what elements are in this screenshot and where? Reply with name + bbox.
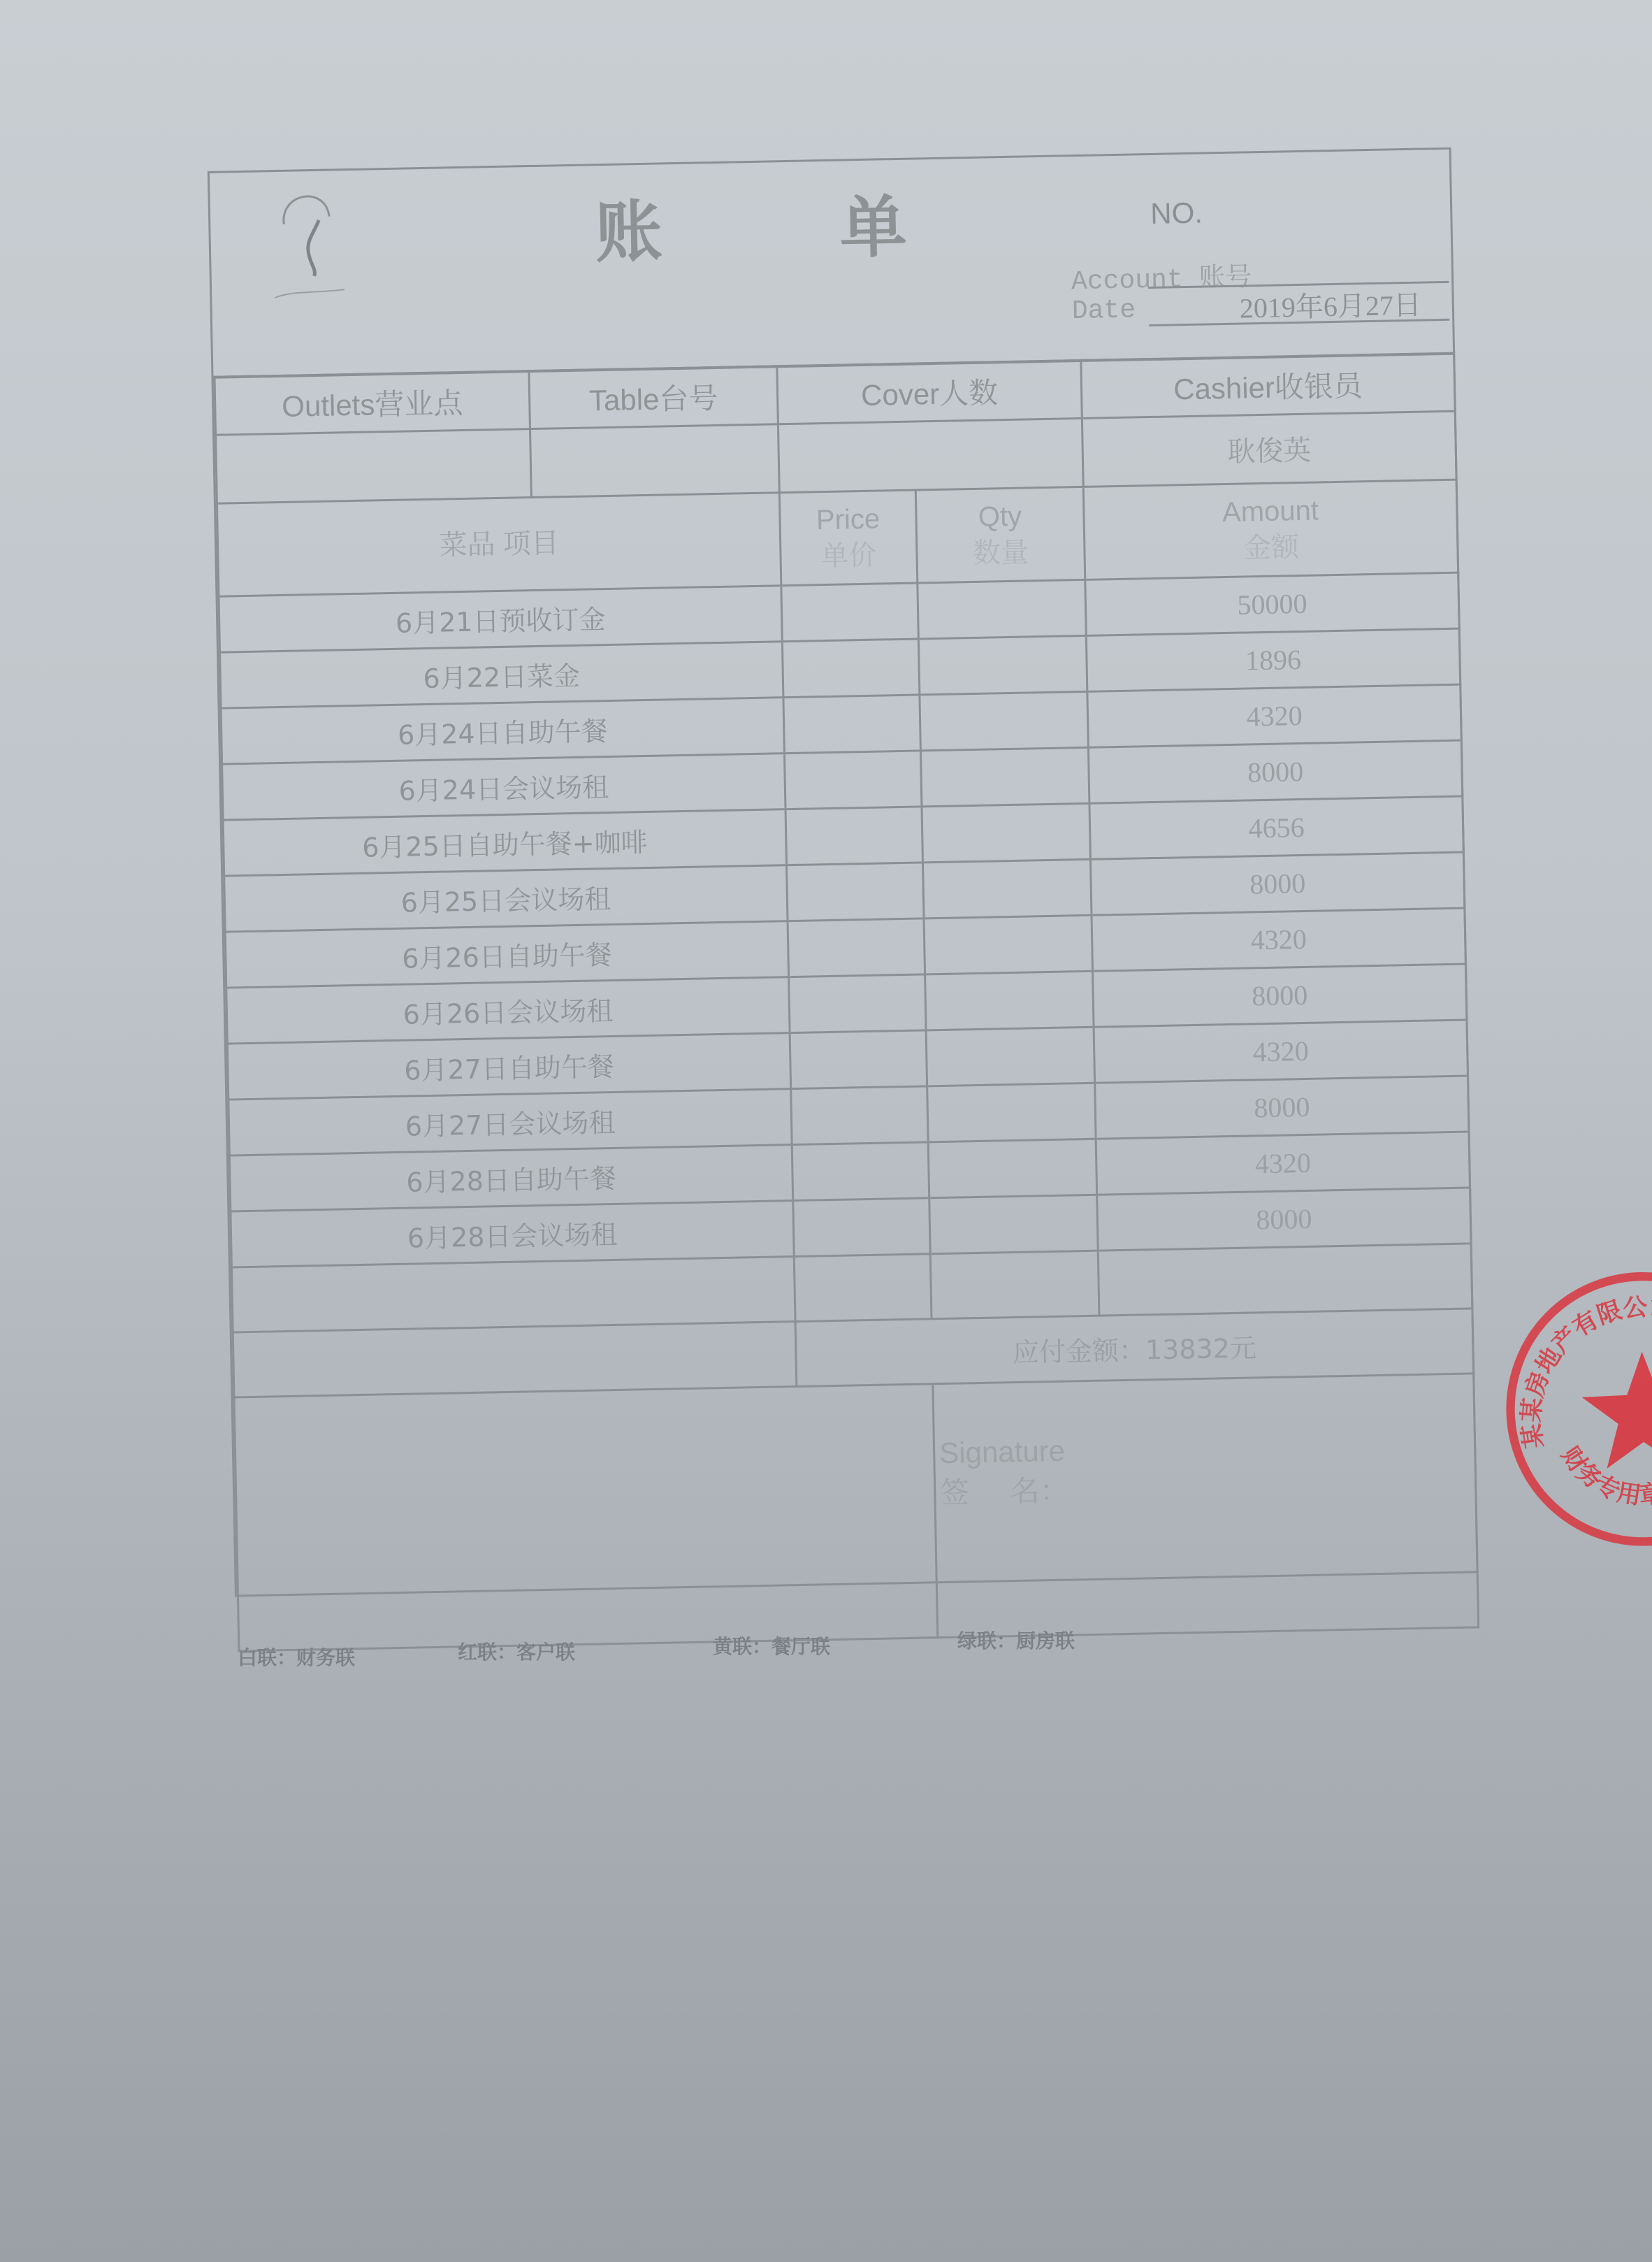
- blank-price-cell: [794, 1254, 932, 1322]
- item-name: 6月27日会议场租: [229, 1089, 792, 1155]
- blank-item-cell: [231, 1257, 795, 1332]
- item-amount: 4656: [1089, 796, 1463, 859]
- item-qty: [928, 1139, 1097, 1198]
- bill-table: Outlets营业点 Table台号 Cover人数 Cashier收银员 耿俊…: [213, 352, 1479, 1652]
- item-name: 6月26日会议场租: [226, 977, 790, 1044]
- item-amount: 4320: [1096, 1132, 1470, 1195]
- item-name: 6月26日自助午餐: [225, 921, 788, 988]
- title-char-2: 单: [839, 174, 908, 271]
- heron-logo-icon: [269, 185, 348, 305]
- cashier-header: Cashier收银员: [1081, 353, 1455, 418]
- account-label: Account 账号: [1071, 254, 1252, 297]
- amount-label-cn: 金额: [1085, 526, 1457, 570]
- item-qty: [925, 971, 1094, 1030]
- item-amount: 4320: [1092, 908, 1465, 971]
- copy-yellow: 黄联：餐厅联: [713, 1631, 830, 1659]
- item-amount: 8000: [1093, 964, 1467, 1027]
- item-qty: [920, 747, 1089, 807]
- item-name: 6月22日菜金: [220, 642, 783, 708]
- item-rows: 6月21日预收订金500006月22日菜金18966月24日自助午餐43206月…: [219, 572, 1471, 1267]
- item-price: [788, 919, 925, 977]
- item-name: 6月28日会议场租: [231, 1201, 794, 1267]
- item-qty: [918, 579, 1087, 639]
- number-label: NO.: [1150, 196, 1203, 231]
- item-amount: 4320: [1087, 684, 1461, 747]
- invoice-paper: 账 单 NO. Account 账号 Date 2019年6月27日 Outle…: [203, 80, 1489, 1607]
- copy-green: 绿联：厨房联: [957, 1626, 1075, 1654]
- table-header: Table台号: [529, 366, 778, 429]
- svg-text:财务专用章: 财务专用章: [1556, 1440, 1652, 1512]
- item-qty: [926, 1027, 1095, 1086]
- item-name: 6月21日预收订金: [219, 586, 782, 652]
- item-name: 6月25日会议场租: [224, 865, 788, 932]
- qty-column-header: Qty 数量: [915, 487, 1085, 583]
- item-price: [793, 1198, 930, 1257]
- item-price: [783, 695, 920, 754]
- bill-header: 账 单 NO. Account 账号 Date 2019年6月27日: [210, 150, 1453, 379]
- item-name: 6月25日自助午餐+咖啡: [223, 809, 786, 876]
- item-qty: [924, 915, 1093, 974]
- item-amount: 4320: [1094, 1020, 1468, 1083]
- item-name: 6月24日自助午餐: [221, 698, 784, 764]
- item-price: [787, 863, 924, 921]
- qty-label-cn: 数量: [918, 533, 1084, 573]
- bill-form: 账 单 NO. Account 账号 Date 2019年6月27日 Outle…: [208, 147, 1479, 1597]
- copy-white: 白联：财务联: [238, 1643, 355, 1671]
- item-qty: [922, 859, 1092, 919]
- amount-column-header: Amount 金额: [1083, 480, 1458, 579]
- item-price: [791, 1086, 928, 1145]
- title-char-1: 账: [594, 178, 663, 275]
- item-amount: 1896: [1086, 628, 1460, 691]
- item-price: [784, 751, 921, 809]
- remarks-area: [234, 1384, 938, 1651]
- item-name: 6月28日自助午餐: [229, 1145, 792, 1211]
- item-name: 6月24日会议场租: [222, 754, 785, 820]
- item-amount: 8000: [1088, 740, 1462, 803]
- item-qty: [918, 635, 1087, 695]
- signature-row: Signature 签 名：: [234, 1374, 1479, 1651]
- item-column-header: 菜品 项目: [217, 493, 781, 596]
- item-amount: 8000: [1090, 852, 1464, 915]
- item-amount: 8000: [1095, 1076, 1469, 1139]
- item-amount: 8000: [1097, 1188, 1471, 1251]
- item-price: [789, 974, 926, 1033]
- item-qty: [920, 691, 1089, 751]
- date-label: Date: [1071, 295, 1136, 326]
- item-qty: [927, 1083, 1096, 1142]
- total-left-cell: [233, 1322, 797, 1397]
- blank-qty-cell: [930, 1251, 1099, 1319]
- copy-red: 红联：客户联: [458, 1637, 575, 1665]
- cover-value: [778, 418, 1083, 492]
- item-amount: 50000: [1085, 572, 1459, 635]
- blank-amount-cell: [1098, 1244, 1472, 1316]
- price-label-en: Price: [781, 500, 915, 540]
- company-seal-icon: 某某房地产有限公司某开发区分公司 财务专用章: [1497, 1263, 1652, 1555]
- item-price: [790, 1030, 927, 1089]
- qty-label-en: Qty: [917, 497, 1083, 537]
- table-value: [530, 424, 779, 498]
- price-label-cn: 单价: [781, 537, 916, 576]
- outlets-header: Outlets营业点: [215, 371, 530, 435]
- item-price: [785, 807, 922, 865]
- cashier-value: 耿俊英: [1082, 411, 1456, 487]
- price-column-header: Price 单价: [779, 490, 918, 586]
- outlets-value: [216, 429, 532, 504]
- cover-header: Cover人数: [777, 360, 1082, 424]
- item-price: [782, 639, 919, 698]
- item-name: 6月27日自助午餐: [227, 1033, 790, 1100]
- seal-inner-text: 财务专用章: [1556, 1440, 1652, 1512]
- item-price: [781, 583, 918, 642]
- star-icon: [1581, 1350, 1652, 1469]
- item-qty: [922, 803, 1091, 863]
- signature-area[interactable]: Signature 签 名：: [933, 1374, 1479, 1638]
- item-qty: [929, 1195, 1099, 1254]
- item-price: [792, 1142, 929, 1201]
